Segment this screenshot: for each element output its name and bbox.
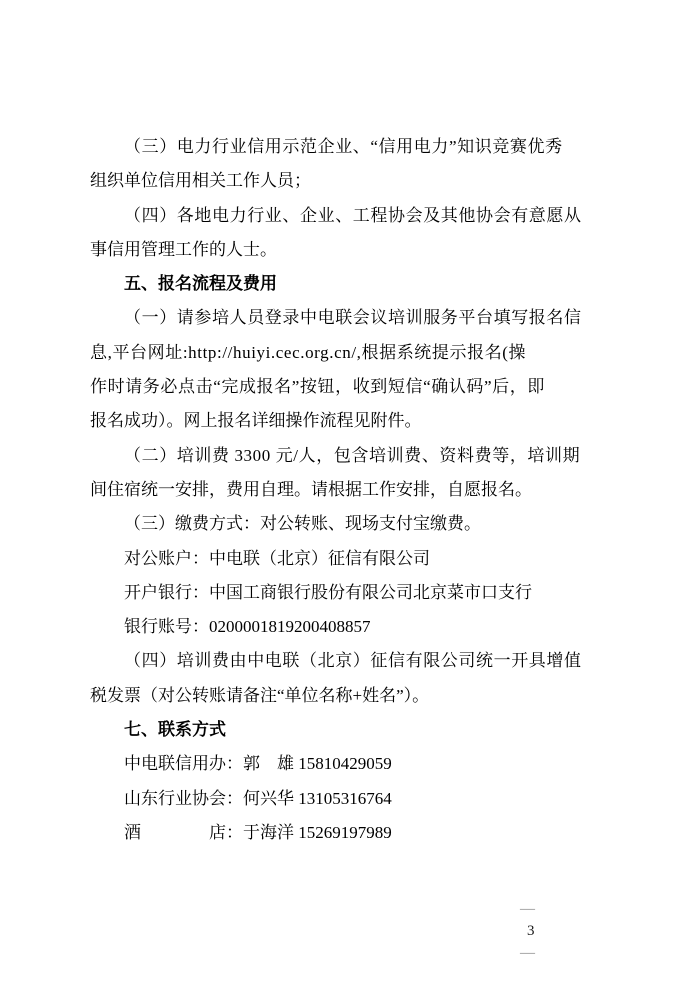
bank-branch: 开户银行：中国工商银行股份有限公司北京菜市口支行 <box>90 576 608 610</box>
para-reg1-line4: 报名成功）。网上报名详细操作流程见附件。 <box>90 404 608 438</box>
document-page: （三）电力行业信用示范企业、“信用电力”知识竞赛优秀 组织单位信用相关工作人员；… <box>0 0 700 990</box>
para-invoice-line1: （四）培训费由中电联（北京）征信有限公司统一开具增值 <box>90 644 608 678</box>
section-5-heading: 五、报名流程及费用 <box>90 267 608 301</box>
para-item4-line1: （四）各地电力行业、企业、工程协会及其他协会有意愿从 <box>90 199 608 233</box>
contact-hotel: 酒 店：于海洋 15269197989 <box>90 816 608 850</box>
page-number-dash-right: — <box>520 945 535 961</box>
para-item3-line1: （三）电力行业信用示范企业、“信用电力”知识竞赛优秀 <box>90 130 608 164</box>
para-invoice-line2: 税发票（对公转账请备注“单位名称+姓名”）。 <box>90 679 608 713</box>
para-reg1-line3: 作时请务必点击“完成报名”按钮，收到短信“确认码”后，即 <box>90 370 608 404</box>
para-payment-method: （三）缴费方式：对公转账、现场支付宝缴费。 <box>90 507 608 541</box>
document-body: （三）电力行业信用示范企业、“信用电力”知识竞赛优秀 组织单位信用相关工作人员；… <box>90 130 608 850</box>
section-7-heading: 七、联系方式 <box>90 713 608 747</box>
bank-account-number: 银行账号：0200001819200408857 <box>90 610 608 644</box>
para-item4-line2: 事信用管理工作的人士。 <box>90 233 608 267</box>
contact-cec-credit-office: 中电联信用办：郭 雄 15810429059 <box>90 747 608 781</box>
page-number-value: 3 <box>520 923 542 939</box>
page-number-dash-left: — <box>520 901 535 917</box>
para-reg1-line1: （一）请参培人员登录中电联会议培训服务平台填写报名信 <box>90 301 608 335</box>
para-fee-line2: 间住宿统一安排，费用自理。请根据工作安排，自愿报名。 <box>90 473 608 507</box>
page-number: — 3 — <box>505 876 542 986</box>
contact-shandong-association: 山东行业协会：何兴华 13105316764 <box>90 782 608 816</box>
para-item3-line2: 组织单位信用相关工作人员； <box>90 164 608 198</box>
bank-account-name: 对公账户：中电联（北京）征信有限公司 <box>90 542 608 576</box>
para-fee-line1: （二）培训费 3300 元/人，包含培训费、资料费等，培训期 <box>90 439 608 473</box>
para-reg1-line2: 息,平台网址:http://huiyi.cec.org.cn/,根据系统提示报名… <box>90 336 608 370</box>
